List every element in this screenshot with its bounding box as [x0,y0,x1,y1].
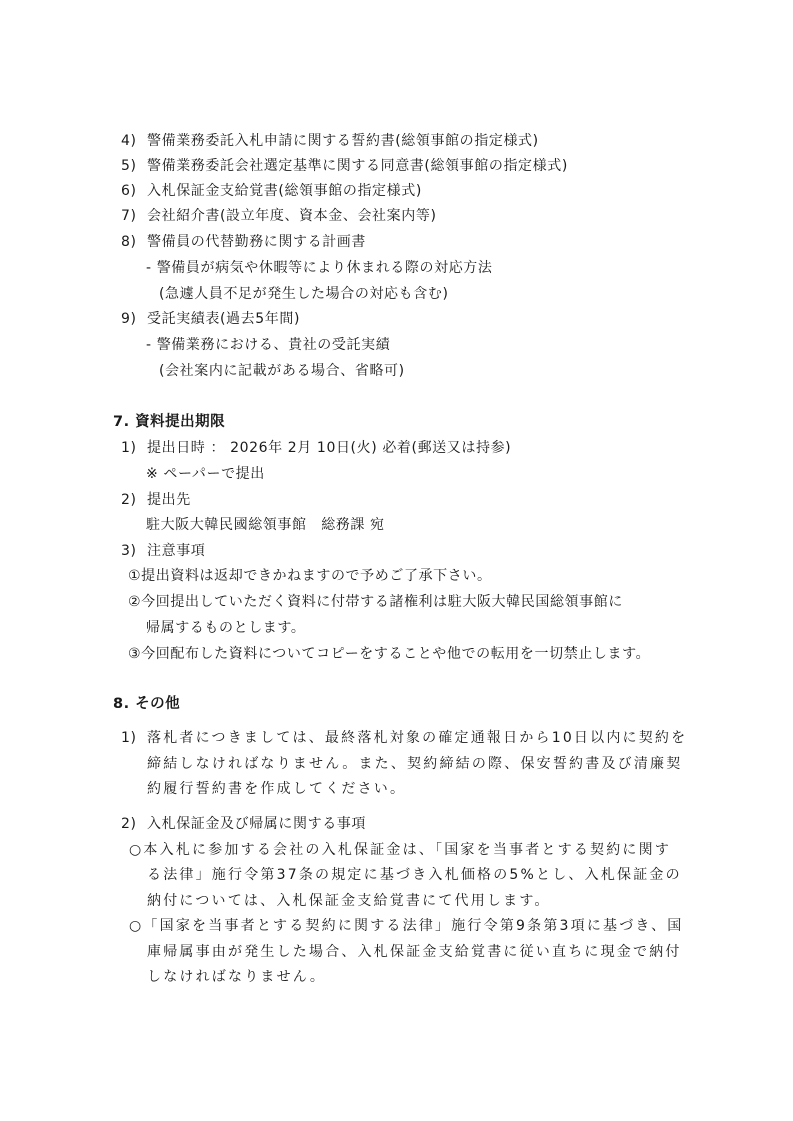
section-8-item-2: 2)入札保証金及び帰属に関する事項 [121,815,366,833]
section-7-note-3: ③今回配布した資料についてコピーをすることや他での転用を一切禁止します。 [128,645,650,663]
item-number: 2) [121,491,147,509]
list-item-7: 7)会社紹介書(設立年度、資本金、会社案内等) [121,207,437,225]
list-item-8-sub2: (急遽人員不足が発生した場合の対応も含む) [159,285,449,303]
section-7-note-2: ②今回提出していただく資料に付帯する諸権利は駐大阪大韓民国総領事館に [128,593,623,611]
item-text: 提出先 [147,492,191,508]
section-7-item-2: 2)提出先 [121,491,191,509]
item-text: 提出日時 ： 2026年 2月 10日(火) 必着(郵送又は持参) [147,440,511,456]
section-8-item-1: 1)落札者につきましては、最終落札対象の確定通報日から10日以内に契約を [121,729,687,747]
item-text: 入札保証金支給覚書(総領事館の指定様式) [147,183,422,199]
section-8-item-1-line2: 締結しなければなりません。また、契約締結の際、保安誓約書及び清廉契 [147,755,682,773]
section-8-bullet-2-line1: ○「国家を当事者とする契約に関する法律」施行令第9条第3項に基づき、国 [129,917,683,935]
item-number: 2) [121,815,147,833]
section-7-item-2-detail: 駐大阪大韓民國総領事館 総務課 宛 [146,516,385,534]
item-text: 警備員の代替勤務に関する計画書 [147,234,366,250]
section-8-item-1-line3: 約履行誓約書を作成してください。 [147,780,406,798]
item-number: 9) [121,310,147,328]
section-8-bullet-1-line1: ○本入札に参加する会社の入札保証金は、「国家を当事者とする契約に関す [129,841,671,859]
item-number: 6) [121,182,147,200]
item-number: 8) [121,233,147,251]
section-7-item-3: 3)注意事項 [121,542,205,560]
section-8-bullet-2-line2: 庫帰属事由が発生した場合、入札保証金支給覚書に従い直ちに現金で納付 [147,943,682,961]
item-number: 1) [121,439,147,457]
item-text: 受託実績表(過去5年間) [147,311,300,327]
section-7-item-1: 1)提出日時 ： 2026年 2月 10日(火) 必着(郵送又は持参) [121,439,511,457]
item-number: 5) [121,157,147,175]
item-text: 注意事項 [147,543,205,559]
item-number: 3) [121,542,147,560]
item-text: 入札保証金及び帰属に関する事項 [147,816,366,832]
item-text: 落札者につきましては、最終落札対象の確定通報日から10日以内に契約を [147,730,687,746]
item-number: 4) [121,132,147,150]
item-text: 会社紹介書(設立年度、資本金、会社案内等) [147,208,437,224]
item-text: 警備業務委託入札申請に関する誓約書(総領事館の指定様式) [147,133,539,149]
list-item-8: 8)警備員の代替勤務に関する計画書 [121,233,366,251]
section-8-bullet-1-line2: る法律」施行令第37条の規定に基づき入札価格の5%とし、入札保証金の [147,866,682,884]
document-page: 4)警備業務委託入札申請に関する誓約書(総領事館の指定様式) 5)警備業務委託会… [0,0,793,1121]
section-7-item-1-note: ※ ペーパーで提出 [146,465,265,483]
section-8-heading: 8. その他 [113,695,180,713]
item-number: 1) [121,729,147,747]
section-7-note-2-cont: 帰属するものとします。 [146,619,305,637]
list-item-9-sub1: - 警備業務における、貴社の受託実績 [146,336,390,354]
section-8-bullet-1-line3: 納付については、入札保証金支給覚書にて代用します。 [147,892,551,910]
list-item-8-sub1: - 警備員が病気や休暇等により休まれる際の対応方法 [146,259,493,277]
list-item-9-sub2: (会社案内に記載がある場合、省略可) [159,362,405,380]
list-item-5: 5)警備業務委託会社選定基準に関する同意書(総領事館の指定様式) [121,157,568,175]
section-7-note-1: ①提出資料は返却できかねますので予めご了承下さい。 [128,567,492,585]
list-item-9: 9)受託実績表(過去5年間) [121,310,300,328]
item-text: 警備業務委託会社選定基準に関する同意書(総領事館の指定様式) [147,158,568,174]
item-number: 7) [121,207,147,225]
list-item-4: 4)警備業務委託入札申請に関する誓約書(総領事館の指定様式) [121,132,539,150]
section-8-bullet-2-line3: しなければなりません。 [147,968,326,986]
section-7-heading: 7. 資料提出期限 [113,413,225,431]
list-item-6: 6)入札保証金支給覚書(総領事館の指定様式) [121,182,422,200]
